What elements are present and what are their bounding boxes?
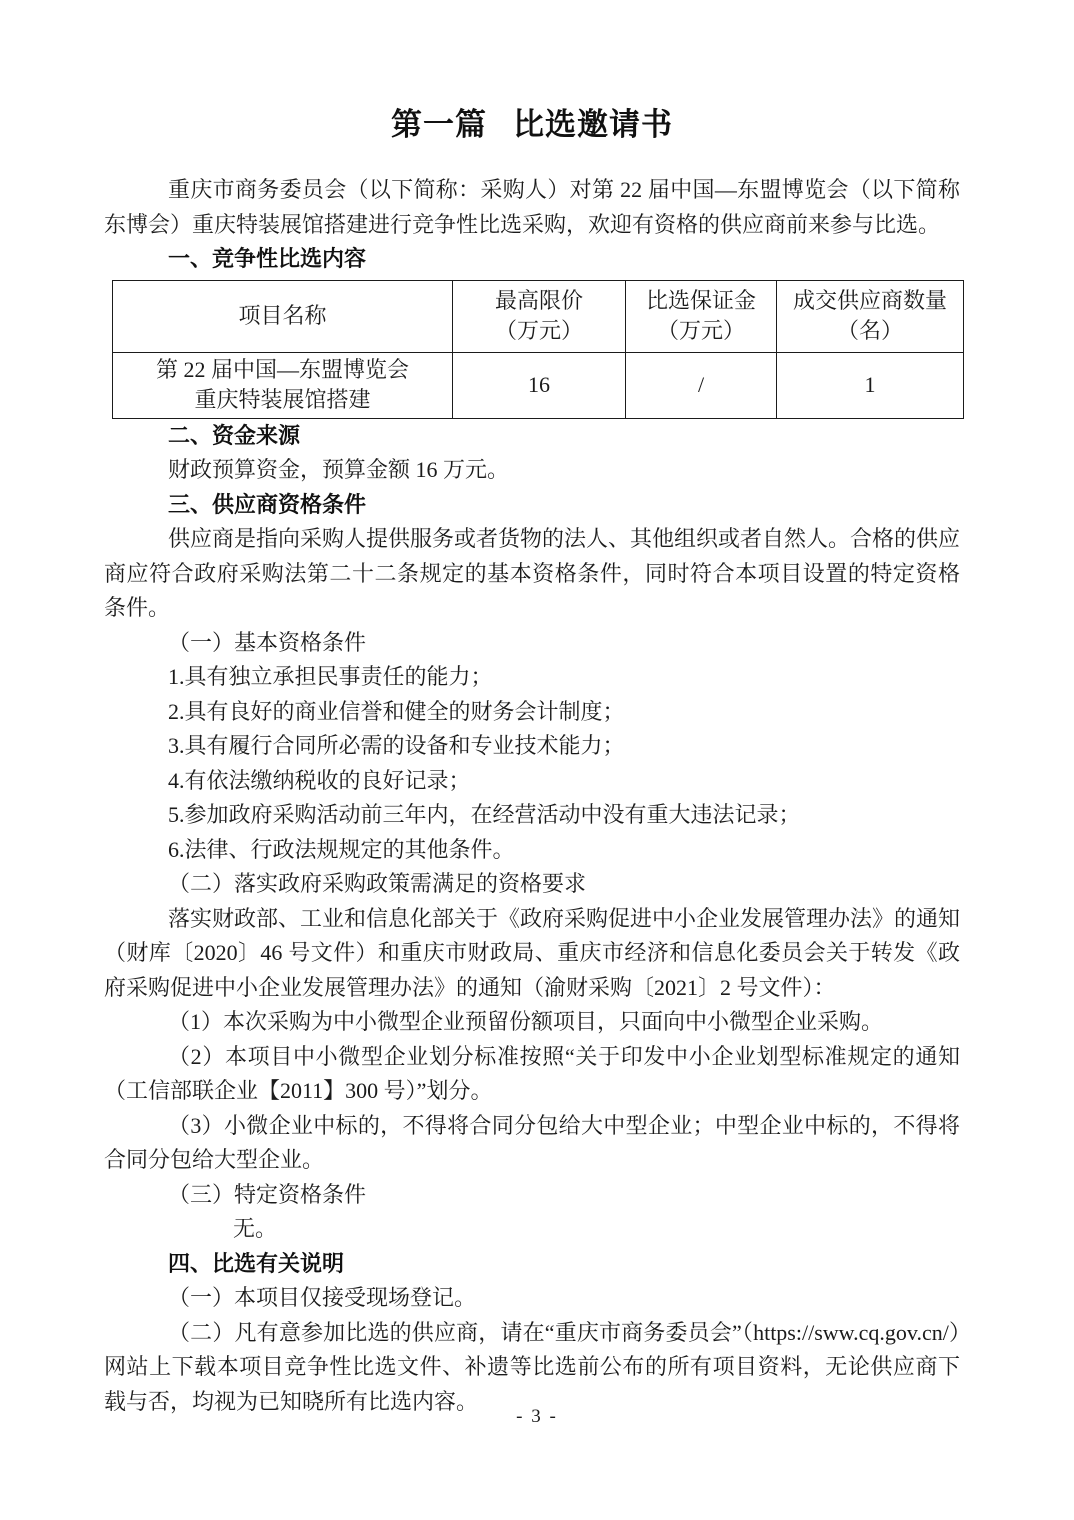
page-title-part2: 比选邀请书 (513, 107, 673, 142)
page-title: 第一篇比选邀请书 (104, 103, 960, 147)
policy-item-1: （1）本次采购为中小微型企业预留份额项目，只面向中小微型企业采购。 (104, 1005, 960, 1040)
basic-item-4: 4.有依法缴纳税收的良好记录； (104, 764, 960, 799)
policy-item-3: （3）小微企业中标的，不得将合同分包给大中型企业；中型企业中标的，不得将合同分包… (104, 1109, 960, 1178)
intro-paragraph: 重庆市商务委员会（以下简称：采购人）对第 22 届中国—东盟博览会（以下简称东博… (104, 173, 960, 242)
policy-qualification-intro: 落实财政部、工业和信息化部关于《政府采购促进中小企业发展管理办法》的通知（财库〔… (104, 902, 960, 1006)
table-row: 第 22 届中国—东盟博览会 重庆特装展馆搭建 16 / 1 (113, 352, 964, 418)
basic-item-6: 6.法律、行政法规规定的其他条件。 (104, 833, 960, 868)
basic-item-2: 2.具有良好的商业信誉和健全的财务会计制度； (104, 695, 960, 730)
comparison-content-table: 项目名称 最高限价 （万元） 比选保证金 （万元） 成交供应商数量 （名） 第 … (112, 280, 964, 419)
table-header-bid-deposit: 比选保证金 （万元） (626, 280, 777, 352)
header-line: （名） (781, 316, 959, 346)
header-line: （万元） (457, 316, 621, 346)
header-line: 最高限价 (457, 286, 621, 316)
section-2-heading: 二、资金来源 (104, 419, 960, 454)
funding-source-text: 财政预算资金，预算金额 16 万元。 (104, 453, 960, 488)
cell-line: 重庆特装展馆搭建 (117, 385, 448, 415)
table-header-project-name: 项目名称 (113, 280, 453, 352)
cell-line: 第 22 届中国—东盟博览会 (117, 355, 448, 385)
header-line: 成交供应商数量 (781, 286, 959, 316)
notes-item-2: （二）凡有意参加比选的供应商，请在“重庆市商务委员会”（https://sww.… (104, 1316, 960, 1420)
basic-item-1: 1.具有独立承担民事责任的能力； (104, 660, 960, 695)
section-3-heading: 三、供应商资格条件 (104, 488, 960, 523)
section-1-heading: 一、竞争性比选内容 (104, 242, 960, 277)
document-body: 第一篇比选邀请书 重庆市商务委员会（以下简称：采购人）对第 22 届中国—东盟博… (104, 0, 960, 1419)
supplier-qualification-intro: 供应商是指向采购人提供服务或者货物的法人、其他组织或者自然人。合格的供应商应符合… (104, 522, 960, 626)
header-line: 项目名称 (117, 301, 448, 331)
basic-item-3: 3.具有履行合同所必需的设备和专业技术能力； (104, 729, 960, 764)
section-4-heading: 四、比选有关说明 (104, 1247, 960, 1282)
table-header-supplier-count: 成交供应商数量 （名） (777, 280, 964, 352)
header-line: 比选保证金 (630, 286, 772, 316)
basic-item-5: 5.参加政府采购活动前三年内，在经营活动中没有重大违法记录； (104, 798, 960, 833)
policy-qualification-heading: （二）落实政府采购政策需满足的资格要求 (104, 867, 960, 902)
header-line: （万元） (630, 316, 772, 346)
page-title-part1: 第一篇 (391, 107, 487, 142)
cell-supplier-count: 1 (777, 352, 964, 418)
table-header-max-price: 最高限价 （万元） (453, 280, 626, 352)
cell-bid-deposit: / (626, 352, 777, 418)
special-qualification-text: 无。 (104, 1212, 960, 1247)
basic-qualification-heading: （一）基本资格条件 (104, 626, 960, 661)
notes-item-1: （一）本项目仅接受现场登记。 (104, 1281, 960, 1316)
policy-item-2: （2）本项目中小微型企业划分标准按照“关于印发中小企业划型标准规定的通知（工信部… (104, 1040, 960, 1109)
cell-project-name: 第 22 届中国—东盟博览会 重庆特装展馆搭建 (113, 352, 453, 418)
table-header-row: 项目名称 最高限价 （万元） 比选保证金 （万元） 成交供应商数量 （名） (113, 280, 964, 352)
document-page: 第一篇比选邀请书 重庆市商务委员会（以下简称：采购人）对第 22 届中国—东盟博… (0, 0, 1074, 1520)
special-qualification-heading: （三）特定资格条件 (104, 1178, 960, 1213)
cell-max-price: 16 (453, 352, 626, 418)
page-number: - 3 - (0, 1406, 1074, 1428)
